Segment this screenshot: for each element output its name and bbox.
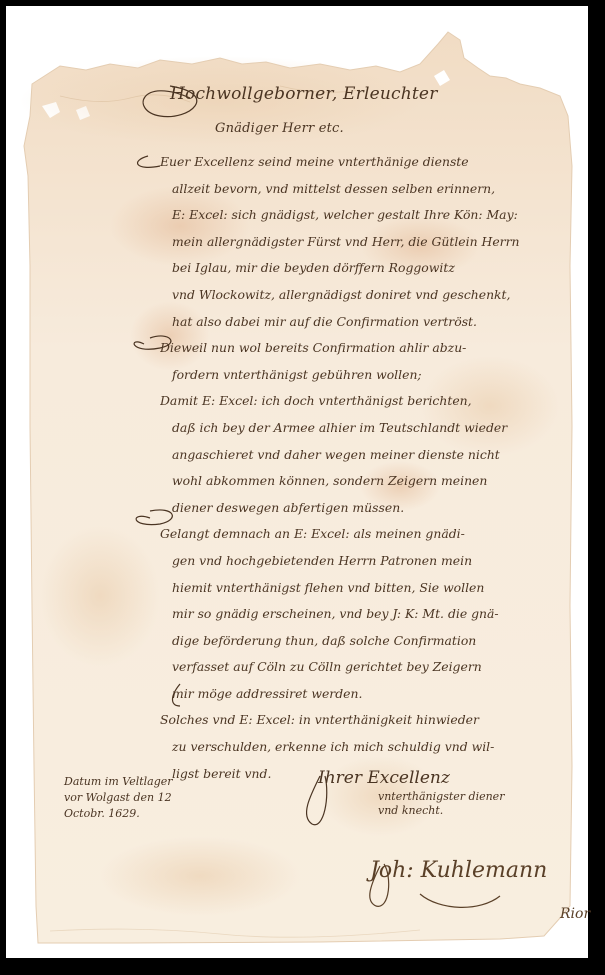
body-line: vnd Wlockowitz, allergnädigst doniret vn… (160, 282, 590, 309)
closing-line-2: vnterthänigster diener (318, 790, 504, 804)
date-line: Datum im Veltlager (64, 774, 204, 790)
body-line: mein allergnädigster Fürst vnd Herr, die… (160, 229, 590, 256)
body-line: zu verschulden, erkenne ich mich schuldi… (160, 734, 590, 761)
scan-panel: Hochwollgeborner, Erleuchter Gnädiger He… (6, 6, 588, 958)
closing-line-1: Ihrer Excellenz (318, 766, 504, 790)
signature-suffix: Rior (560, 906, 590, 922)
body-line: Euer Excellenz seind meine vnterthänige … (160, 149, 590, 176)
body-line: fordern vnterthänigst gebühren wollen; (160, 362, 590, 389)
body-line: allzeit bevorn, vnd mittelst dessen selb… (160, 176, 590, 203)
body-line: gen vnd hochgebietenden Herrn Patronen m… (160, 548, 590, 575)
date-line: Octobr. 1629. (64, 806, 204, 822)
signature: Joh: Kuhlemann (370, 858, 547, 883)
body-line: Gelangt demnach an E: Excel: als meinen … (160, 521, 590, 548)
salutation-line-1: Hochwollgeborner, Erleuchter (170, 84, 438, 104)
body-line: E: Excel: sich gnädigst, welcher gestalt… (160, 202, 590, 229)
body-line: diener deswegen abfertigen müssen. (160, 495, 590, 522)
body-line: hiemit vnterthänigst flehen vnd bitten, … (160, 575, 590, 602)
body-line: daß ich bey der Armee alhier im Teutschl… (160, 415, 590, 442)
body-line: Solches vnd E: Excel: in vnterthänigkeit… (160, 707, 590, 734)
parchment-letter: Hochwollgeborner, Erleuchter Gnädiger He… (20, 6, 576, 958)
body-line: Damit E: Excel: ich doch vnterthänigst b… (160, 388, 590, 415)
date-line: vor Wolgast den 12 (64, 790, 204, 806)
body-line: bei Iglau, mir die beyden dörffern Roggo… (160, 255, 590, 282)
closing-line-3: vnd knecht. (318, 804, 504, 818)
body-line: verfasset auf Cöln zu Cölln gerichtet be… (160, 654, 590, 681)
body-line: angaschieret vnd daher wegen meiner dien… (160, 442, 590, 469)
closing-formula: Ihrer Excellenz vnterthänigster diener v… (318, 766, 504, 818)
body-line: mir möge addressiret werden. (160, 681, 590, 708)
date-place-note: Datum im Veltlager vor Wolgast den 12 Oc… (64, 774, 204, 822)
body-line: Dieweil nun wol bereits Confirmation ahl… (160, 335, 590, 362)
letter-body: Euer Excellenz seind meine vnterthänige … (160, 149, 590, 787)
body-line: mir so gnädig erscheinen, vnd bey J: K: … (160, 601, 590, 628)
salutation-line-2: Gnädiger Herr etc. (215, 121, 344, 136)
body-line: wohl abkommen können, sondern Zeigern me… (160, 468, 590, 495)
black-border-frame: Hochwollgeborner, Erleuchter Gnädiger He… (0, 0, 605, 975)
body-line: dige beförderung thun, daß solche Confir… (160, 628, 590, 655)
body-line: hat also dabei mir auf die Confirmation … (160, 309, 590, 336)
